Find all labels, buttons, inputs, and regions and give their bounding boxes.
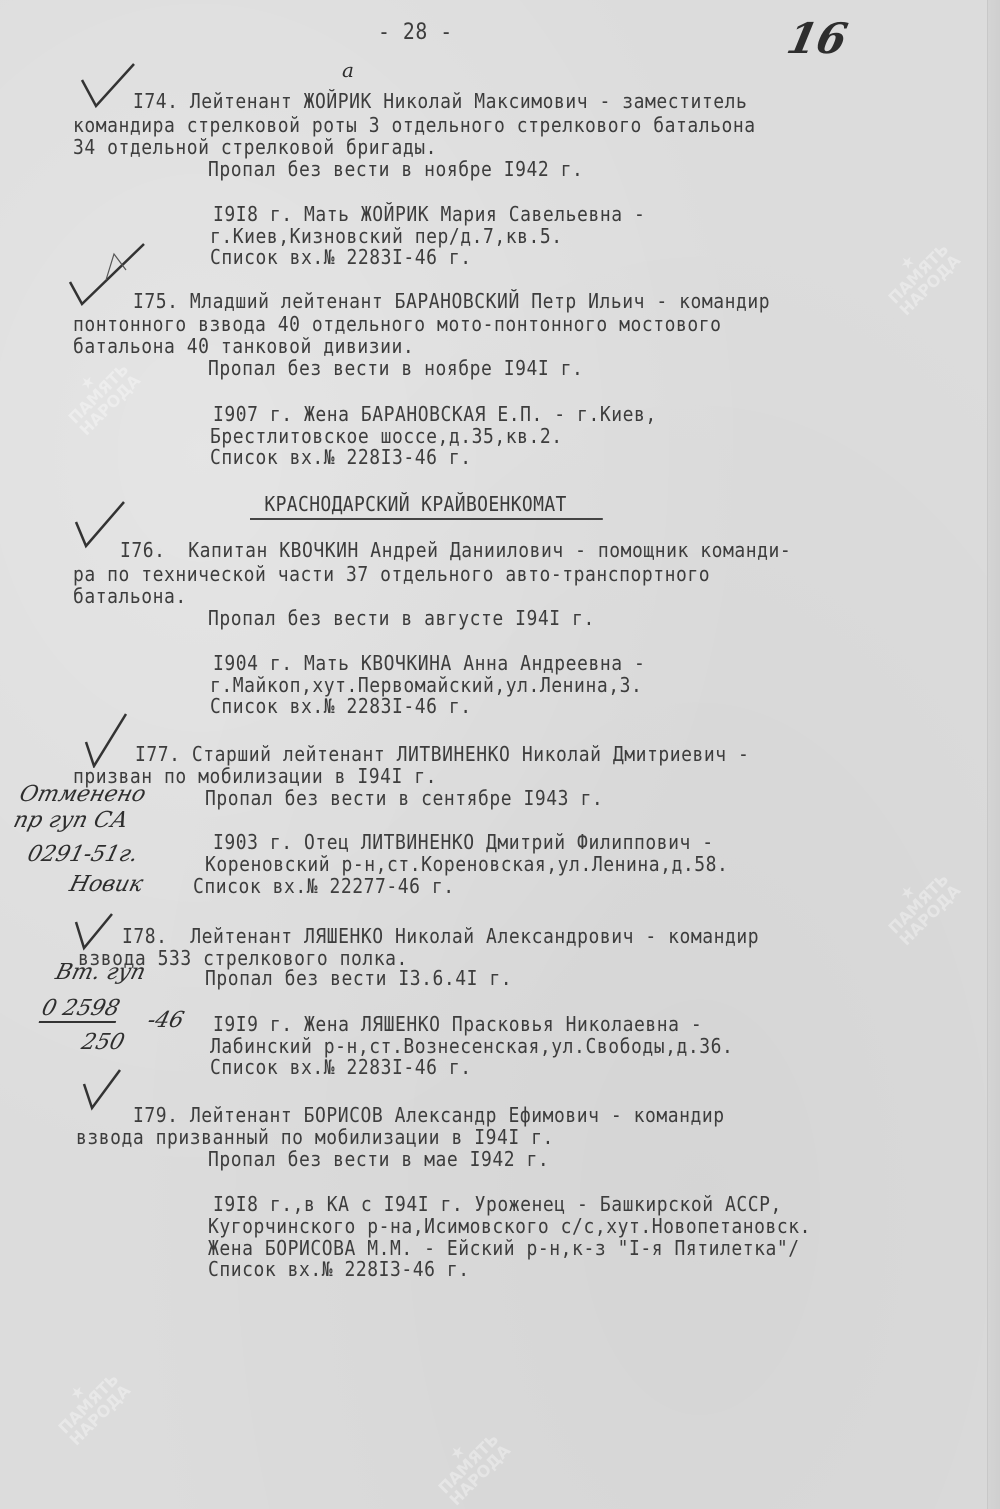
page-number: - 28 - xyxy=(378,22,453,44)
entry-176-relative-3: Список вх.№ 2283I-46 г. xyxy=(210,695,472,717)
margin-note: Отменено xyxy=(17,782,149,807)
watermark: ★ПАМЯТЬНАРОДА xyxy=(54,350,143,439)
margin-note: 0 2598 xyxy=(39,996,123,1023)
entry-175-line-3: батальона 40 танковой дивизии. xyxy=(73,335,414,357)
entry-179-status: Пропал без вести в мае I942 г. xyxy=(208,1148,549,1170)
entry-177-line-1: I77. Старший лейтенант ЛИТВИНЕНКО Никола… xyxy=(135,743,749,765)
sheet-number: 16 xyxy=(783,14,852,63)
entry-179-line-2: взвода призванный по мобилизации в I94I … xyxy=(76,1126,554,1148)
page-edge xyxy=(987,0,1000,1509)
entry-177-relative-1: I903 г. Отец ЛИТВИНЕНКО Дмитрий Филиппов… xyxy=(213,831,714,853)
margin-note: 250 xyxy=(79,1030,127,1055)
handwritten-correction: а xyxy=(342,58,354,82)
entry-178-relative-2: Лабинский р-н,ст.Вознесенская,ул.Свободы… xyxy=(210,1035,733,1057)
checkmark-icon xyxy=(78,62,138,112)
entry-175-line-2: понтонного взвода 40 отдельного мото-пон… xyxy=(73,313,721,335)
entry-174-relative-2: г.Киев,Кизновский пер/д.7,кв.5. xyxy=(210,225,563,247)
margin-note: Вт. гуп xyxy=(53,960,148,985)
section-heading: КРАСНОДАРСКИЙ КРАЙВОЕНКОМАТ xyxy=(250,492,603,520)
entry-176-relative-2: г.Майкоп,хут.Первомайский,ул.Ленина,3. xyxy=(210,674,642,696)
watermark: ★ПАМЯТЬНАРОДА xyxy=(874,230,963,319)
entry-174-line-3: 34 отдельной стрелковой бригады. xyxy=(73,136,437,158)
entry-179-relative-2: Кугорчинского р-на,Исимовского с/с,хут.Н… xyxy=(208,1215,811,1237)
entry-174-line-1: I74. Лейтенант ЖОЙРИК Николай Максимович… xyxy=(133,90,747,112)
entry-178-status: Пропал без вести I3.6.4I г. xyxy=(205,967,512,989)
entry-174-relative-3: Список вх.№ 2283I-46 г. xyxy=(210,246,472,268)
entry-174-relative-1: I9I8 г. Мать ЖОЙРИК Мария Савельевна - xyxy=(213,203,645,225)
entry-175-relative-2: Брестлитовское шоссе,д.35,кв.2. xyxy=(210,425,563,447)
entry-179-relative-4: Список вх.№ 228I3-46 г. xyxy=(208,1258,470,1280)
watermark: ★ПАМЯТЬНАРОДА xyxy=(874,860,963,949)
entry-178-relative-3: Список вх.№ 2283I-46 г. xyxy=(210,1056,472,1078)
margin-note: 0291-51г. xyxy=(25,842,141,867)
entry-176-relative-1: I904 г. Мать КВОЧКИНА Анна Андреевна - xyxy=(213,652,645,674)
entry-174-line-2: командира стрелковой роты 3 отдельного с… xyxy=(73,114,756,136)
entry-175-relative-1: I907 г. Жена БАРАНОВСКАЯ Е.П. - г.Киев, xyxy=(213,403,657,425)
checkmark-icon xyxy=(80,1066,130,1112)
entry-175-line-1: I75. Младший лейтенант БАРАНОВСКИЙ Петр … xyxy=(133,290,770,312)
entry-179-relative-1: I9I8 г.,в КА с I94I г. Уроженец - Башкир… xyxy=(213,1193,782,1215)
entry-177-relative-2: Кореновский р-н,ст.Кореновская,ул.Ленина… xyxy=(205,853,728,875)
margin-note: -46 xyxy=(145,1008,187,1033)
entry-179-line-1: I79. Лейтенант БОРИСОВ Александр Ефимови… xyxy=(133,1104,725,1126)
margin-note: Новик xyxy=(67,872,146,897)
watermark: ★ПАМЯТЬНАРОДА xyxy=(424,1420,513,1509)
entry-176-status: Пропал без вести в августе I94I г. xyxy=(208,607,595,629)
entry-177-relative-3: Список вх.№ 22277-46 г. xyxy=(193,875,455,897)
entry-177-status: Пропал без вести в сентябре I943 г. xyxy=(205,787,603,809)
entry-178-relative-1: I9I9 г. Жена ЛЯШЕНКО Прасковья Николаевн… xyxy=(213,1013,702,1035)
entry-175-status: Пропал без вести в ноябре I94I г. xyxy=(208,357,583,379)
entry-176-line-2: ра по технической части 37 отдельного ав… xyxy=(73,563,710,585)
entry-176-line-1: I76. Капитан КВОЧКИН Андрей Даниилович -… xyxy=(120,539,791,561)
entry-175-relative-3: Список вх.№ 228I3-46 г. xyxy=(210,446,472,468)
margin-note: пр гуп СА xyxy=(11,808,131,833)
entry-176-line-3: батальона. xyxy=(73,585,187,607)
checkmark-icon xyxy=(82,712,132,768)
entry-174-status: Пропал без вести в ноябре I942 г. xyxy=(208,158,583,180)
watermark: ★ПАМЯТЬНАРОДА xyxy=(44,1360,133,1449)
entry-179-relative-3: Жена БОРИСОВА М.М. - Ейский р-н,к-з "I-я… xyxy=(208,1237,800,1259)
entry-178-line-1: I78. Лейтенант ЛЯШЕНКО Николай Александр… xyxy=(122,925,759,947)
document-page: ★ПАМЯТЬНАРОДА ★ПАМЯТЬНАРОДА ★ПАМЯТЬНАРОД… xyxy=(0,0,1000,1509)
